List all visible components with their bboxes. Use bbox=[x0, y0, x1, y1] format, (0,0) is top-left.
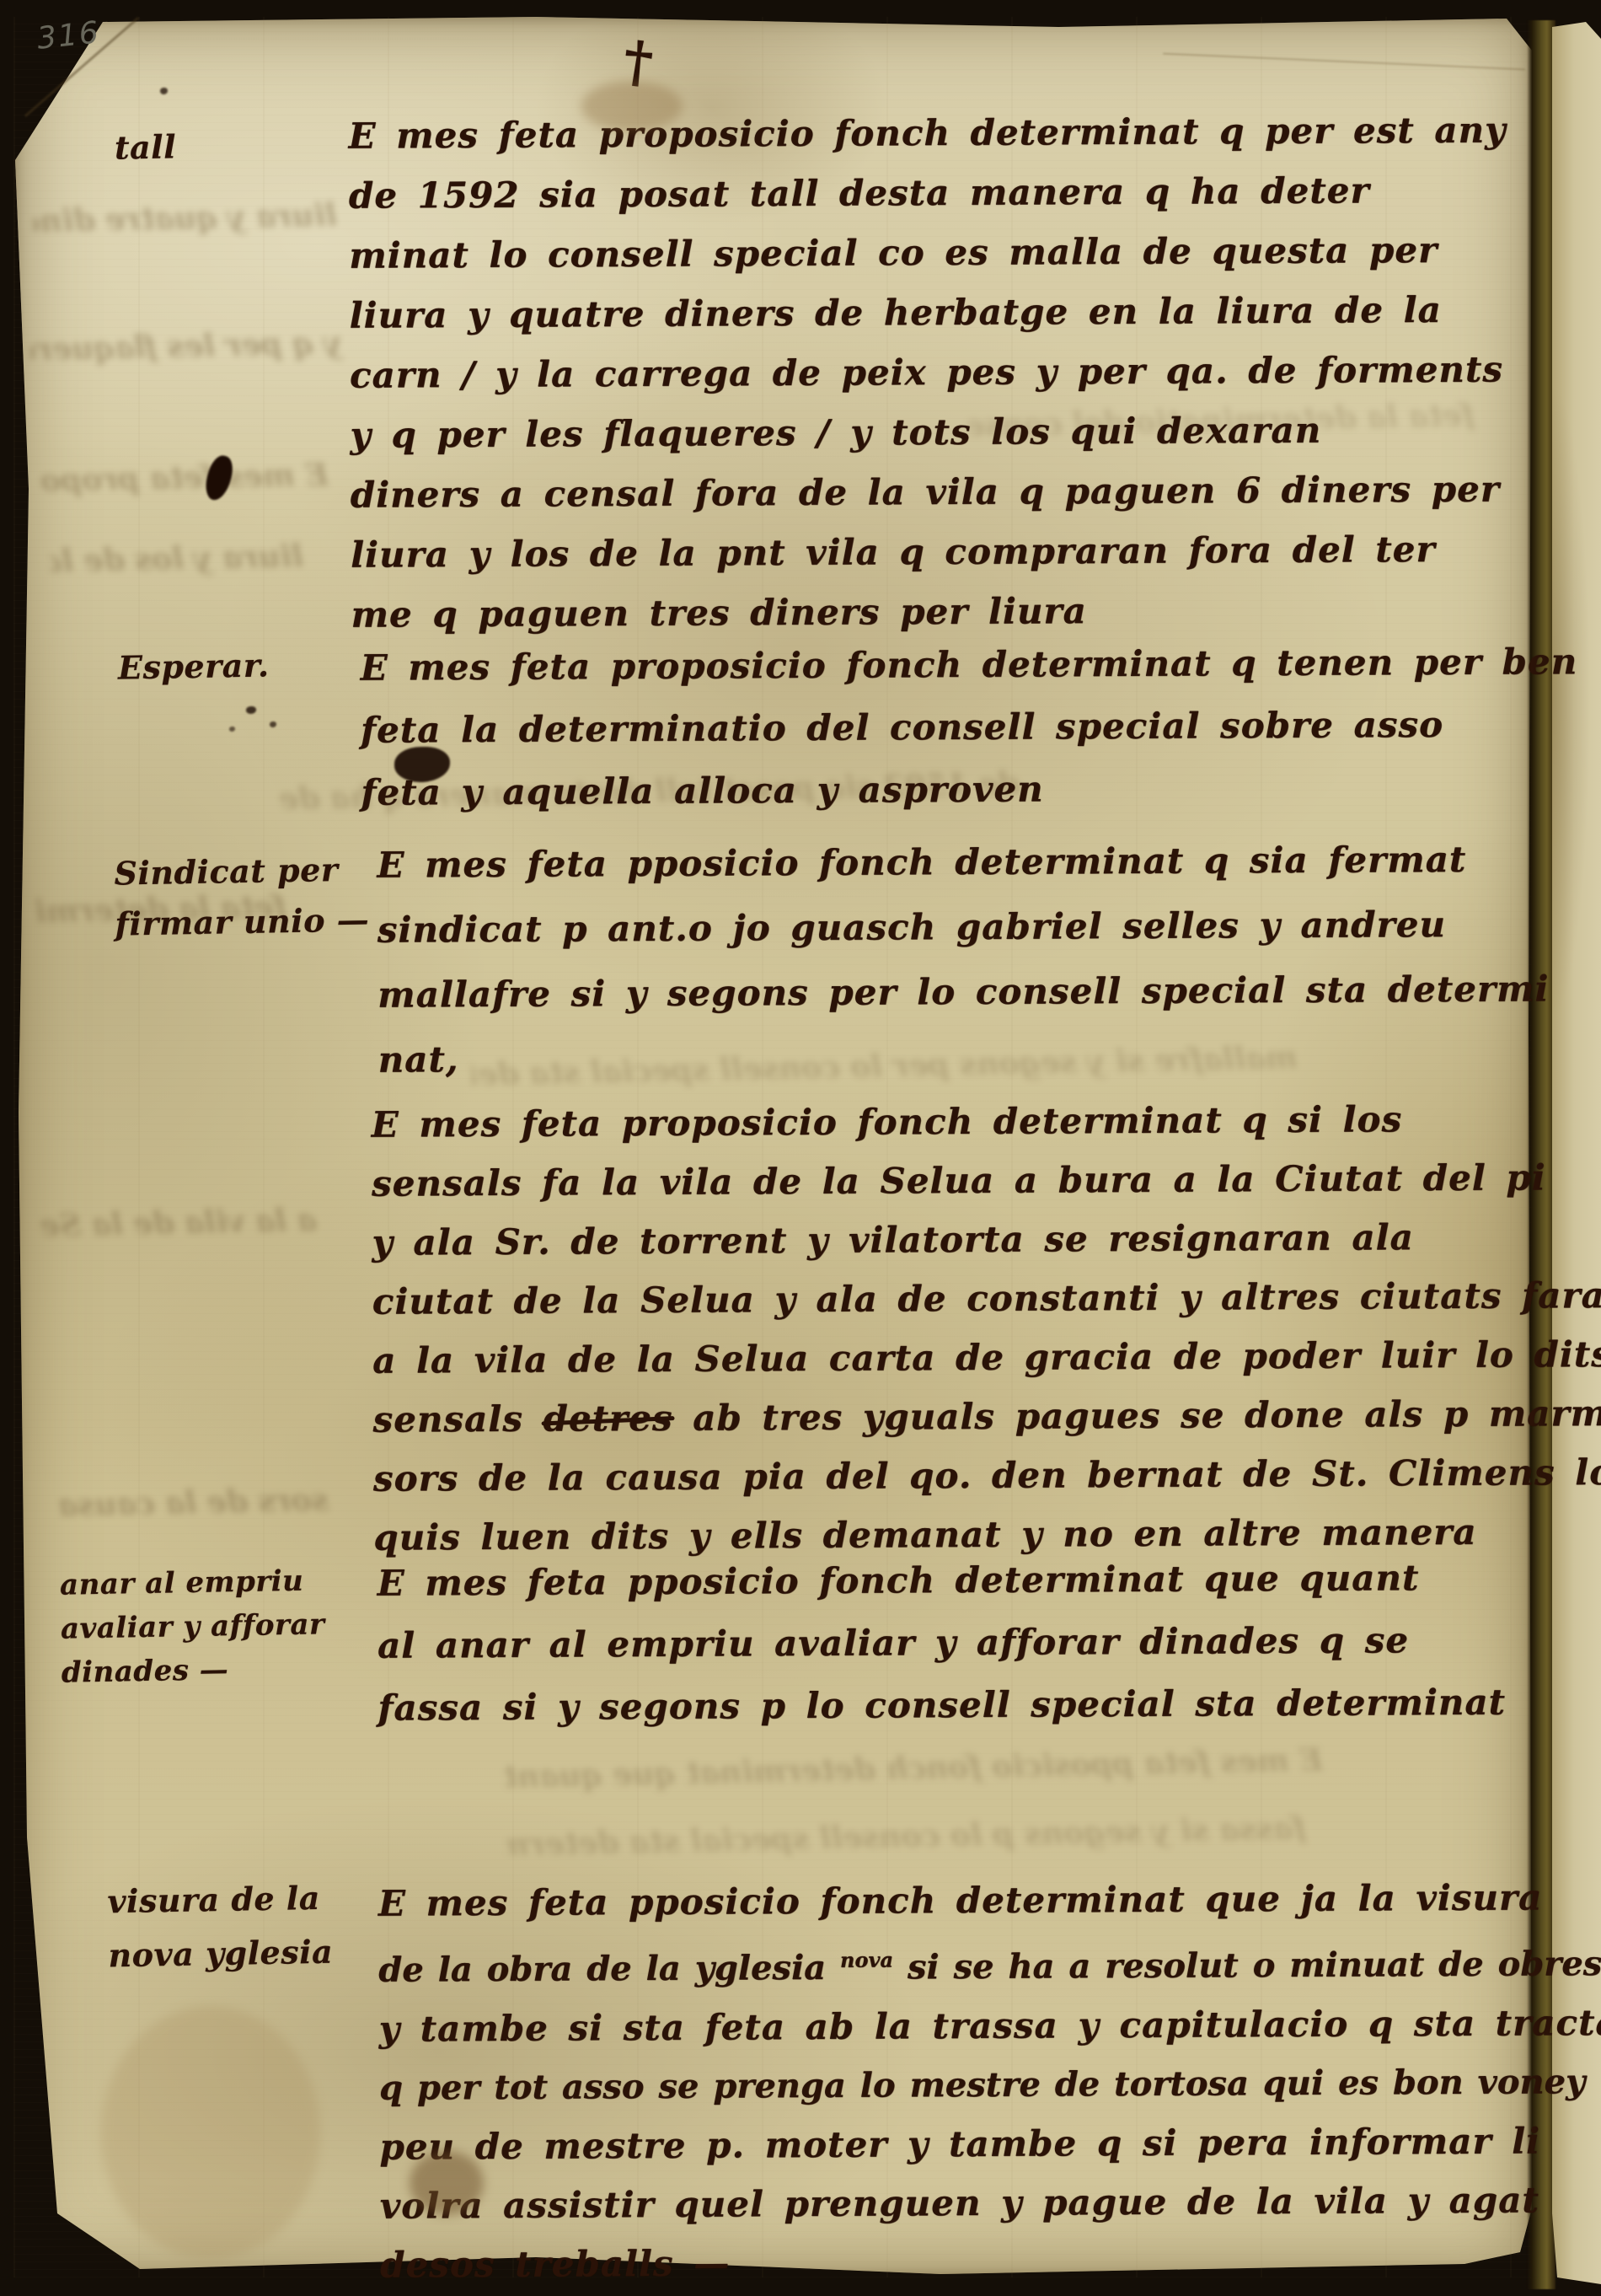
manuscript-line: E mes feta proposicio fonch determinat q… bbox=[348, 99, 1545, 165]
manuscript-line: y ala Sr. de torrent y vilatorta se resi… bbox=[372, 1207, 1568, 1272]
manuscript-line: fassa si y segons p lo consell special s… bbox=[377, 1671, 1574, 1739]
margin-note-line: anar al empriu bbox=[60, 1558, 324, 1607]
manuscript-line: y q per les flaqueres / y tots los qui d… bbox=[350, 399, 1546, 464]
margin-note-line: avaliar y afforar bbox=[61, 1602, 325, 1650]
manuscript-line: liura y los de la pnt vila q compraran f… bbox=[351, 518, 1547, 584]
manuscript-line: de la obra de la yglesia nova si se ha a… bbox=[378, 1927, 1575, 1999]
paragraph-sindicat: E mes feta pposicio fonch determinat q s… bbox=[377, 826, 1575, 1092]
paragraph-esperar: E mes feta proposicio fonch determinat q… bbox=[360, 630, 1557, 823]
manuscript-line: a la vila de la Selua carta de gracia de… bbox=[372, 1325, 1569, 1390]
manuscript-photo: liura y quatre diners de herbatge en la … bbox=[0, 0, 1601, 2296]
margin-note-line: firmar unio — bbox=[115, 894, 370, 949]
manuscript-line: E mes feta proposicio fonch determinat q… bbox=[360, 630, 1556, 699]
manuscript-line: E mes feta proposicio fonch determinat q… bbox=[372, 1089, 1568, 1154]
manuscript-line: nat, bbox=[377, 1021, 1574, 1092]
manuscript-line: feta la determinatio del consell special… bbox=[361, 693, 1557, 761]
manuscript-line: mallafre si y segons per lo consell spec… bbox=[377, 956, 1574, 1027]
line-fragment: ab tres yguals pagues se done als p marm… bbox=[672, 1392, 1601, 1439]
manuscript-line: diners a censal fora de la vila q paguen… bbox=[351, 459, 1547, 524]
manuscript-line: al anar al empriu avaliar y afforar dina… bbox=[377, 1608, 1574, 1676]
margin-note-visura: visura de la nova yglesia bbox=[107, 1871, 334, 1983]
margin-note-esperar: Esperar. bbox=[118, 646, 270, 686]
manuscript-line: y tambe si sta feta ab la trassa y capit… bbox=[378, 1993, 1575, 2058]
folio-number: 316 bbox=[35, 15, 102, 56]
paragraph-censals: E mes feta proposicio fonch determinat q… bbox=[372, 1089, 1571, 1567]
manuscript-line: sors de la causa pia del qo. den bernat … bbox=[373, 1443, 1570, 1508]
line-fragment: sensals bbox=[372, 1398, 543, 1440]
margin-note-line: dinades — bbox=[61, 1646, 325, 1694]
manuscript-line: sensals fa la vila de la Selua a bura a … bbox=[372, 1148, 1568, 1213]
struck-word: detres bbox=[543, 1397, 672, 1440]
manuscript-line: carn / y la carrega de peix pes y per qa… bbox=[350, 339, 1546, 405]
manuscript-line: E mes feta pposicio fonch determinat que… bbox=[377, 1546, 1573, 1614]
paragraph-empriu: E mes feta pposicio fonch determinat que… bbox=[377, 1546, 1574, 1739]
margin-note-line: visura de la bbox=[107, 1871, 333, 1929]
manuscript-line: E mes feta pposicio fonch determinat q s… bbox=[377, 826, 1573, 897]
manuscript-line: liura y quatre diners de herbatge en la … bbox=[349, 279, 1545, 345]
manuscript-line: desos treballs — bbox=[380, 2229, 1577, 2294]
paragraph-tall: E mes feta proposicio fonch determinat q… bbox=[348, 99, 1547, 644]
manuscript-line: E mes feta pposicio fonch determinat que… bbox=[378, 1868, 1575, 1933]
manuscript-line: feta y aquella alloca y asproven bbox=[361, 755, 1557, 823]
line-fragment: de la obra de la yglesia bbox=[378, 1948, 840, 1990]
margin-note-empriu: anar al empriu avaliar y afforar dinades… bbox=[60, 1558, 326, 1694]
paragraph-visura: E mes feta pposicio fonch determinat que… bbox=[378, 1868, 1577, 2294]
manuscript-line: volra assistir quel prenguen y pague de … bbox=[380, 2170, 1577, 2235]
manuscript-line: sindicat p ant.o jo guasch gabriel selle… bbox=[377, 891, 1574, 962]
manuscript-line: minat lo consell special co es malla de … bbox=[349, 219, 1545, 285]
superscript-word: nova bbox=[840, 1948, 893, 1972]
manuscript-line: de 1592 sia posat tall desta manera q ha… bbox=[349, 159, 1545, 225]
line-fragment: si se ha a resolut o minuat de obres bbox=[893, 1944, 1601, 1987]
margin-note-sindicat: Sindicat per firmar unio — bbox=[114, 844, 370, 949]
manuscript-line: q per tot asso se prenga lo mestre de to… bbox=[379, 2052, 1576, 2117]
manuscript-line: ciutat de la Selua y ala de constanti y … bbox=[372, 1266, 1569, 1331]
manuscript-line: peu de mestre p. moter y tambe q si pera… bbox=[379, 2111, 1576, 2176]
margin-note-tall: tall bbox=[115, 127, 177, 166]
margin-note-line: Sindicat per bbox=[114, 844, 369, 899]
margin-note-line: nova yglesia bbox=[108, 1925, 334, 1983]
manuscript-line: sensals detres ab tres yguals pagues se … bbox=[372, 1384, 1569, 1449]
